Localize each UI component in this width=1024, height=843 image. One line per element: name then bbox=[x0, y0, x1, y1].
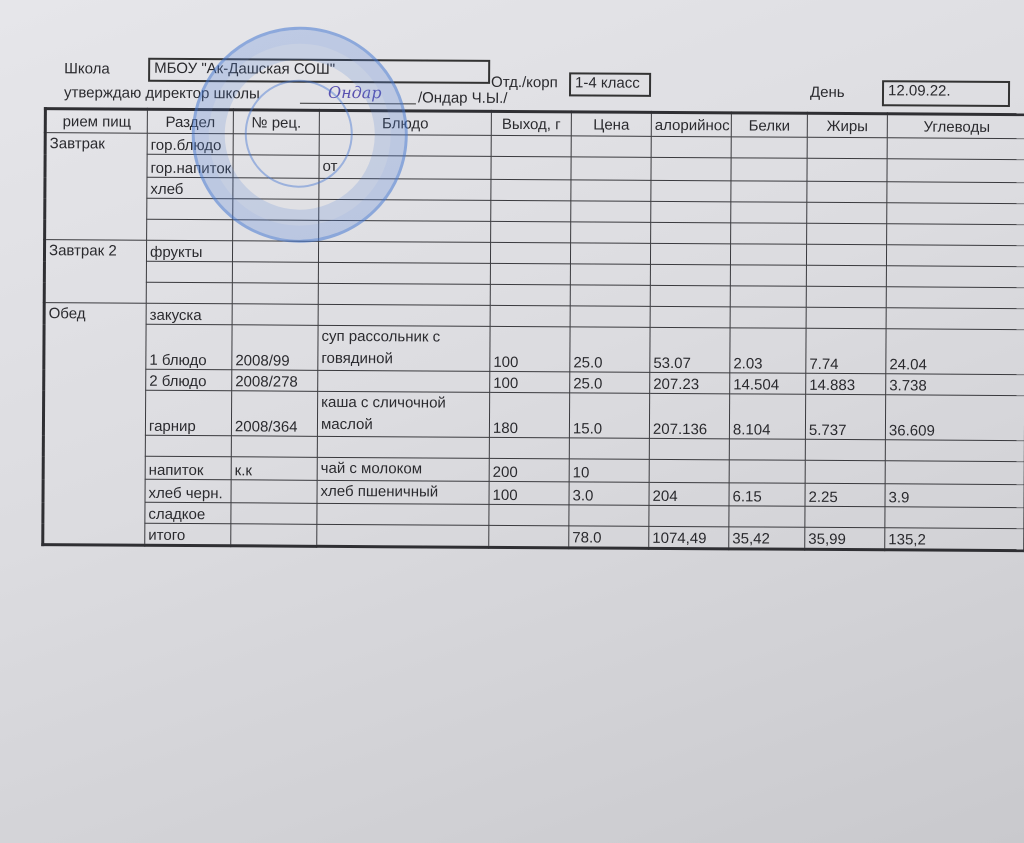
director-name: /Ондар Ч.Ы./ bbox=[418, 89, 508, 107]
kcal-cell bbox=[650, 264, 730, 285]
section-cell: закуска bbox=[146, 303, 232, 325]
price-cell bbox=[570, 243, 650, 264]
section-cell: итого bbox=[145, 523, 231, 546]
carbs-cell bbox=[886, 308, 1024, 330]
output-cell bbox=[491, 156, 571, 179]
dish-cell bbox=[318, 241, 490, 263]
menu-document: Школа МБОУ "Ак-Дашская СОШ" Отд./корп 1-… bbox=[0, 0, 1024, 843]
section-cell bbox=[146, 282, 232, 304]
dish-cell bbox=[319, 178, 491, 200]
dish-cell bbox=[317, 503, 489, 525]
recipe-cell: 2008/364 bbox=[231, 391, 317, 437]
column-header: алорийнос bbox=[651, 112, 731, 136]
fat-cell bbox=[806, 244, 886, 265]
carbs-cell bbox=[886, 266, 1024, 288]
dish-cell bbox=[318, 262, 490, 284]
dish-cell bbox=[318, 304, 490, 326]
carbs-cell bbox=[886, 287, 1024, 309]
column-header: Углеводы bbox=[887, 114, 1024, 139]
price-cell bbox=[571, 180, 651, 201]
meal-cell: Обед bbox=[43, 303, 146, 546]
protein-cell: 14.504 bbox=[730, 373, 806, 394]
kcal-cell: 207.23 bbox=[650, 372, 730, 393]
kcal-cell bbox=[651, 180, 731, 201]
kcal-cell bbox=[651, 157, 731, 180]
output-cell bbox=[491, 221, 571, 242]
fat-cell bbox=[805, 506, 885, 527]
protein-cell bbox=[730, 307, 806, 328]
recipe-cell bbox=[233, 220, 319, 242]
dish-cell bbox=[318, 283, 490, 305]
price-cell bbox=[569, 505, 649, 526]
protein-cell bbox=[729, 439, 805, 460]
output-cell: 100 bbox=[489, 481, 569, 504]
recipe-cell bbox=[232, 283, 318, 305]
recipe-cell bbox=[232, 262, 318, 284]
fat-cell bbox=[806, 265, 886, 286]
protein-cell: 35,42 bbox=[729, 527, 805, 549]
fat-cell bbox=[805, 460, 885, 483]
kcal-cell bbox=[650, 243, 730, 264]
output-cell bbox=[489, 437, 569, 458]
table-row: 1 блюдо2008/99суп рассольник с говядиной… bbox=[44, 324, 1024, 375]
section-cell: хлеб черн. bbox=[145, 479, 231, 503]
day-value: 12.09.22. bbox=[882, 80, 1010, 107]
table-row: гарнир2008/364каша с сличочной маслой180… bbox=[43, 390, 1024, 441]
protein-cell bbox=[731, 202, 807, 223]
carbs-cell: 3.9 bbox=[885, 484, 1024, 508]
kcal-cell bbox=[650, 306, 730, 327]
recipe-cell bbox=[232, 241, 318, 263]
price-cell bbox=[569, 438, 649, 459]
fat-cell: 2.25 bbox=[805, 483, 885, 506]
carbs-cell: 24.04 bbox=[886, 329, 1024, 375]
fat-cell bbox=[806, 286, 886, 307]
kcal-cell: 1074,49 bbox=[649, 526, 729, 548]
fat-cell: 35,99 bbox=[805, 527, 885, 549]
dish-cell: каша с сличочной маслой bbox=[317, 391, 489, 437]
protein-cell bbox=[731, 137, 807, 158]
protein-cell bbox=[731, 181, 807, 202]
carbs-cell bbox=[887, 203, 1024, 225]
output-cell bbox=[489, 525, 569, 547]
protein-cell bbox=[731, 158, 807, 181]
protein-cell bbox=[729, 460, 805, 483]
price-cell bbox=[570, 306, 650, 327]
price-cell bbox=[571, 157, 651, 180]
recipe-cell: 2008/278 bbox=[232, 370, 318, 392]
protein-cell bbox=[730, 286, 806, 307]
column-header: № рец. bbox=[233, 110, 319, 135]
price-cell: 25.0 bbox=[570, 372, 650, 393]
dish-cell bbox=[319, 134, 491, 156]
output-cell bbox=[490, 305, 570, 326]
carbs-cell bbox=[887, 182, 1024, 204]
protein-cell bbox=[731, 223, 807, 244]
kcal-cell bbox=[651, 222, 731, 243]
column-header: Блюдо bbox=[319, 110, 491, 135]
dish-cell: от bbox=[319, 155, 491, 179]
output-cell: 100 bbox=[490, 326, 570, 371]
section-cell: фрукты bbox=[146, 240, 232, 262]
price-cell bbox=[571, 222, 651, 243]
approve-label: утверждаю директор школы bbox=[64, 84, 260, 102]
protein-cell: 2.03 bbox=[730, 328, 806, 373]
output-cell bbox=[491, 179, 571, 200]
dish-cell bbox=[317, 436, 489, 458]
fat-cell bbox=[807, 137, 887, 158]
recipe-cell bbox=[233, 155, 319, 179]
meal-cell: Завтрак bbox=[45, 133, 148, 241]
output-cell bbox=[489, 504, 569, 525]
output-cell bbox=[491, 200, 571, 221]
dish-cell bbox=[319, 220, 491, 242]
dish-cell bbox=[317, 524, 489, 547]
kcal-cell bbox=[649, 505, 729, 526]
section-cell bbox=[147, 219, 233, 241]
output-cell: 200 bbox=[489, 458, 569, 481]
menu-table: рием пищРаздел№ рец.БлюдоВыход, гЦенаало… bbox=[41, 107, 1024, 552]
price-cell: 3.0 bbox=[569, 482, 649, 505]
carbs-cell bbox=[886, 245, 1024, 267]
recipe-cell bbox=[233, 178, 319, 200]
school-label: Школа bbox=[64, 60, 110, 77]
fat-cell bbox=[806, 307, 886, 328]
column-header: Выход, г bbox=[491, 111, 571, 135]
dish-cell: суп рассольник с говядиной bbox=[318, 325, 490, 371]
recipe-cell bbox=[231, 480, 317, 504]
dish-cell bbox=[318, 370, 490, 392]
protein-cell bbox=[730, 265, 806, 286]
recipe-cell: к.к bbox=[231, 457, 317, 481]
kcal-cell: 53.07 bbox=[650, 327, 730, 372]
fat-cell: 14.883 bbox=[806, 373, 886, 394]
dept-value: 1-4 класс bbox=[569, 72, 651, 97]
recipe-cell bbox=[231, 524, 317, 547]
recipe-cell bbox=[232, 304, 318, 326]
price-cell bbox=[571, 201, 651, 222]
dish-cell: хлеб пшеничный bbox=[317, 480, 489, 504]
fat-cell bbox=[807, 158, 887, 181]
recipe-cell: 2008/99 bbox=[232, 325, 318, 371]
protein-cell bbox=[730, 244, 806, 265]
price-cell: 25.0 bbox=[570, 327, 650, 372]
carbs-cell bbox=[887, 159, 1024, 183]
kcal-cell bbox=[650, 285, 730, 306]
output-cell: 180 bbox=[489, 392, 569, 437]
kcal-cell: 207.136 bbox=[649, 393, 729, 438]
section-cell: 2 блюдо bbox=[146, 369, 232, 391]
carbs-cell bbox=[887, 138, 1024, 160]
kcal-cell bbox=[649, 438, 729, 459]
protein-cell: 8.104 bbox=[729, 394, 805, 439]
recipe-cell bbox=[233, 134, 319, 156]
fat-cell bbox=[805, 439, 885, 460]
fat-cell bbox=[807, 181, 887, 202]
fat-cell bbox=[807, 202, 887, 223]
carbs-cell bbox=[885, 507, 1024, 529]
price-cell: 15.0 bbox=[569, 393, 649, 438]
carbs-cell bbox=[885, 461, 1024, 485]
section-cell bbox=[146, 261, 232, 283]
day-label: День bbox=[810, 84, 845, 101]
fat-cell: 5.737 bbox=[805, 394, 885, 439]
kcal-cell bbox=[649, 459, 729, 482]
fat-cell: 7.74 bbox=[806, 328, 886, 373]
signature: Ондар bbox=[328, 83, 382, 102]
column-header: рием пищ bbox=[45, 109, 147, 134]
protein-cell: 6.15 bbox=[729, 483, 805, 506]
table-row: итого78.01074,4935,4235,99135,2 bbox=[43, 523, 1024, 551]
output-cell bbox=[491, 135, 571, 156]
price-cell bbox=[570, 264, 650, 285]
recipe-cell bbox=[231, 436, 317, 458]
dish-cell bbox=[319, 199, 491, 221]
column-header: Белки bbox=[731, 113, 807, 137]
price-cell: 10 bbox=[569, 459, 649, 482]
price-cell bbox=[570, 285, 650, 306]
column-header: Жиры bbox=[807, 113, 887, 137]
carbs-cell: 135,2 bbox=[885, 528, 1024, 551]
section-cell: хлеб bbox=[147, 177, 233, 199]
kcal-cell: 204 bbox=[649, 482, 729, 505]
kcal-cell bbox=[651, 136, 731, 157]
section-cell: сладкое bbox=[145, 502, 231, 524]
column-header: Цена bbox=[571, 112, 651, 136]
dish-cell: чай с молоком bbox=[317, 457, 489, 481]
output-cell bbox=[490, 284, 570, 305]
protein-cell bbox=[729, 506, 805, 527]
recipe-cell bbox=[231, 503, 317, 525]
carbs-cell: 36.609 bbox=[885, 395, 1024, 441]
section-cell: напиток bbox=[145, 456, 231, 480]
section-cell bbox=[145, 435, 231, 457]
section-cell: 1 блюдо bbox=[146, 324, 232, 370]
price-cell: 78.0 bbox=[569, 526, 649, 548]
carbs-cell: 3.738 bbox=[886, 374, 1024, 396]
recipe-cell bbox=[233, 199, 319, 221]
output-cell: 100 bbox=[490, 371, 570, 392]
school-value: МБОУ "Ак-Дашская СОШ" bbox=[148, 58, 490, 84]
meal-cell: Завтрак 2 bbox=[44, 240, 146, 304]
carbs-cell bbox=[887, 224, 1024, 246]
section-cell bbox=[147, 198, 233, 220]
column-header: Раздел bbox=[147, 109, 233, 134]
section-cell: гор.напиток bbox=[147, 154, 233, 178]
dept-label: Отд./корп bbox=[491, 74, 558, 91]
output-cell bbox=[490, 242, 570, 263]
section-cell: гарнир bbox=[145, 390, 231, 436]
fat-cell bbox=[807, 223, 887, 244]
kcal-cell bbox=[651, 201, 731, 222]
output-cell bbox=[490, 263, 570, 284]
carbs-cell bbox=[885, 440, 1024, 462]
price-cell bbox=[571, 136, 651, 157]
section-cell: гор.блюдо bbox=[147, 133, 233, 155]
